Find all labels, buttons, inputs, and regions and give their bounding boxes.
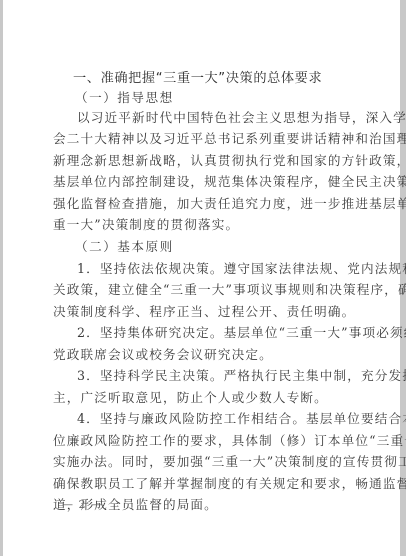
principle-1-line: 决策制度科学、程序正当、过程公开、责任明确。: [53, 304, 355, 320]
principle-4-line: 实施办法。同时，要加强“三重一大”决策制度的宣传贯彻工作，: [53, 454, 406, 470]
paragraph-line: 强化监督检查措施，加大责任追究力度，进一步推进基层单位“三: [53, 196, 406, 212]
principle-1-line: 关政策，建立健全“三重一大”事项议事规则和决策程序，确保: [53, 282, 406, 298]
page-number: — 2 —: [62, 498, 103, 511]
paragraph-line: 基层单位内部控制建设，规范集体决策程序，健全民主决策机制，: [53, 174, 406, 190]
principle-2-line: 2．坚持集体研究决定。基层单位“三重一大”事项必须经: [77, 325, 406, 341]
principle-1-line: 1．坚持依法依规决策。遵守国家法律法规、党内法规和有: [77, 261, 406, 277]
principle-4-line: 4．坚持与廉政风险防控工作相结合。基层单位要结合本单: [77, 411, 406, 427]
paragraph-line: 以习近平新时代中国特色社会主义思想为指导，深入学习领: [77, 110, 406, 126]
principle-3-line: 主，广泛听取意见，防止个人或少数人专断。: [53, 390, 328, 406]
subsection-title-guiding-ideology: （一）指导思想: [75, 90, 174, 106]
section-heading: 一、准确把握“三重一大”决策的总体要求: [73, 71, 322, 87]
principle-3-line: 3．坚持科学民主决策。严格执行民主集中制，充分发扬民: [77, 368, 406, 384]
principle-4-line: 位廉政风险防控工作的要求，具体制（修）订本单位“三重一大”: [53, 433, 406, 449]
paragraph-line: 会二十大精神以及习近平总书记系列重要讲话精神和治国理政: [53, 131, 406, 147]
principle-2-line: 党政联席会议或校务会议研究决定。: [53, 347, 273, 363]
paragraph-line: 新理念新思想新战略，认真贯彻执行党和国家的方针政策，加强: [53, 153, 406, 169]
principle-4-line: 确保教职员工了解并掌握制度的有关规定和要求，畅通监督渠: [53, 476, 406, 492]
document-page: 一、准确把握“三重一大”决策的总体要求 （一）指导思想 以习近平新时代中国特色社…: [3, 0, 400, 556]
paragraph-line: 重一大”决策制度的贯彻落实。: [53, 217, 239, 233]
subsection-title-basic-principles: （二）基本原则: [75, 239, 174, 255]
